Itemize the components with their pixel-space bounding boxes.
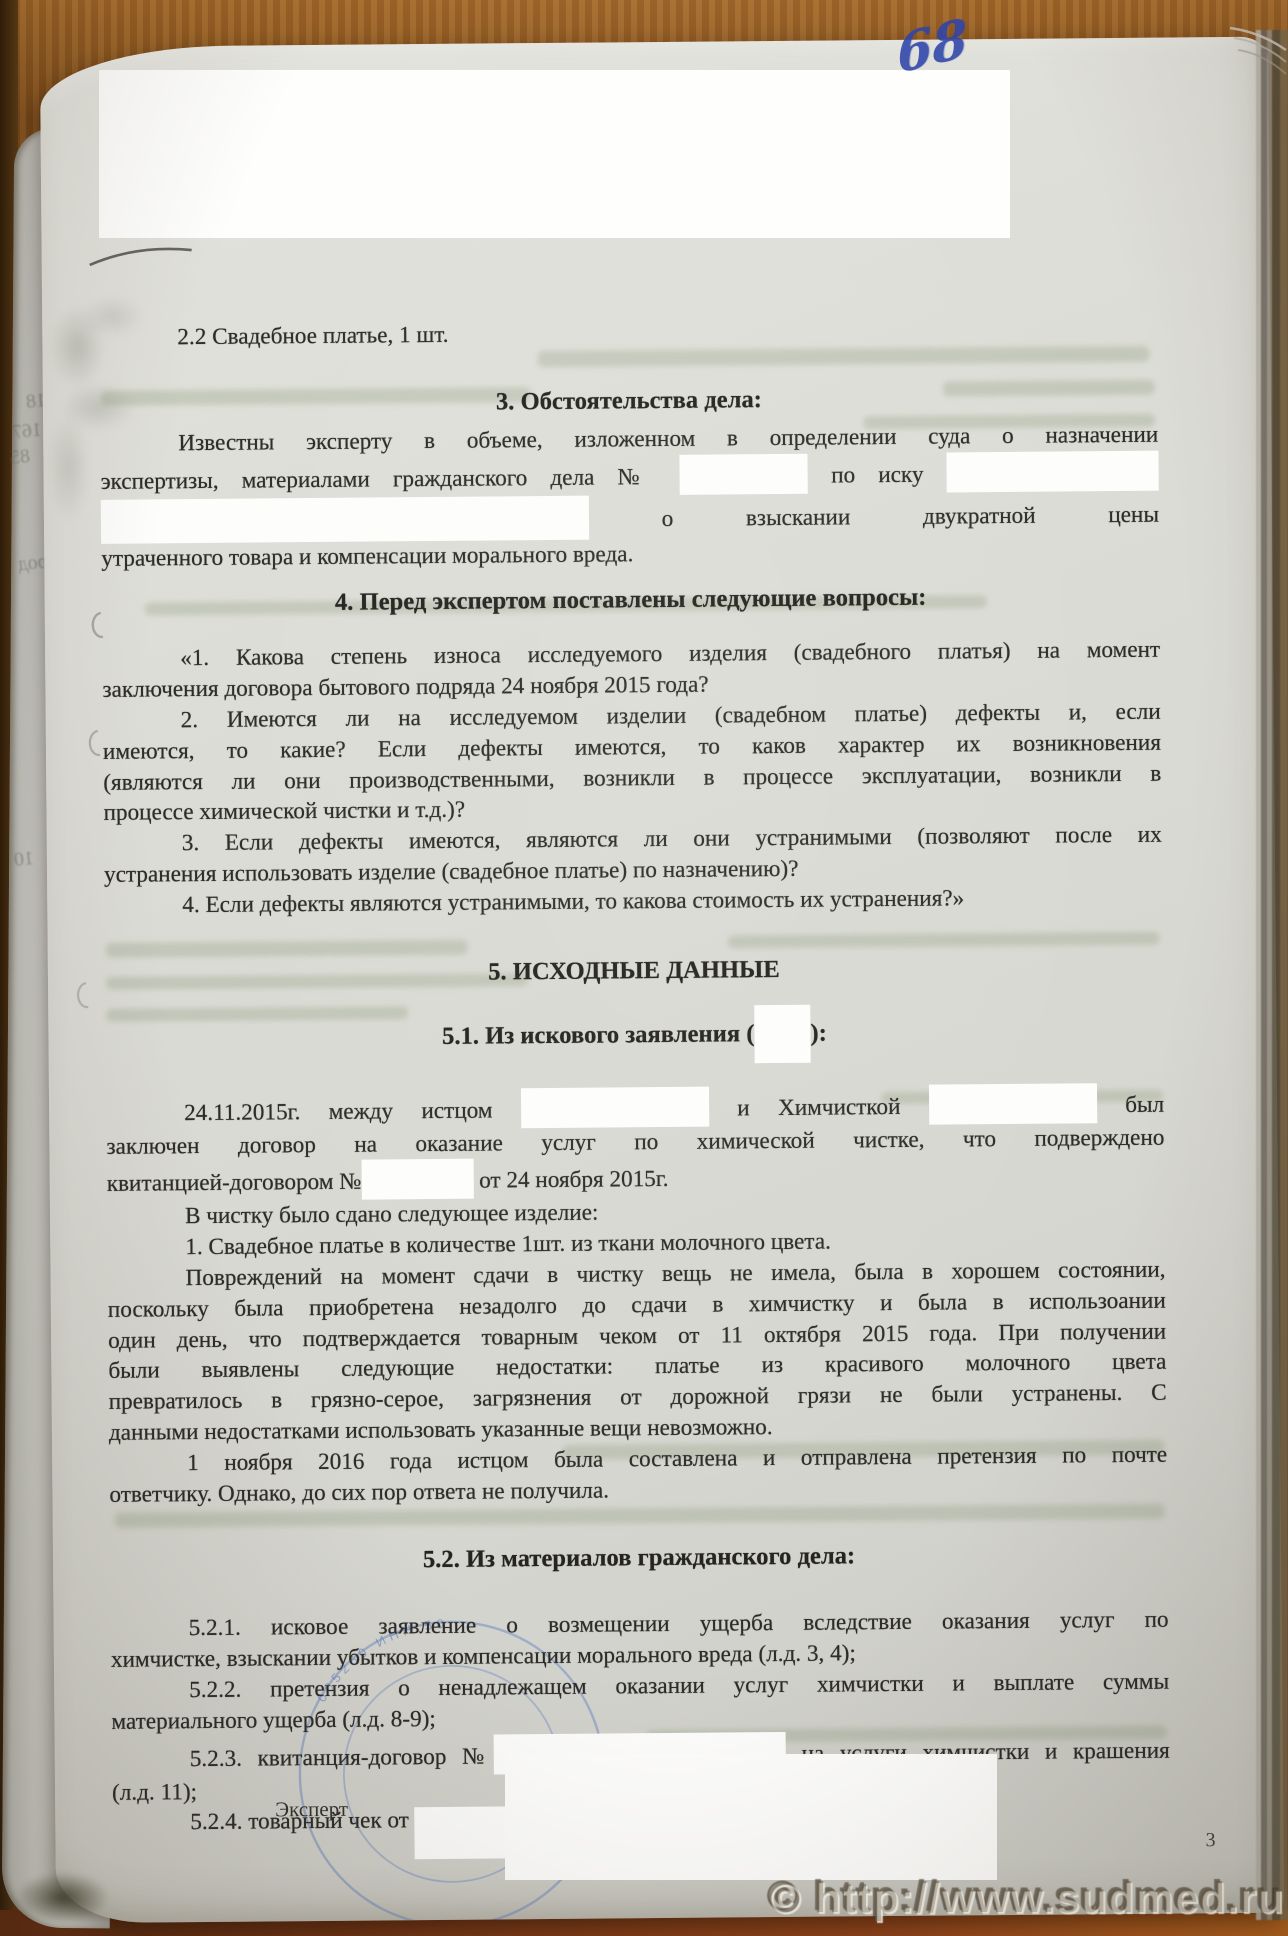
- punch-hole-mark: [90, 731, 100, 755]
- heading-5-1: 5.1. Из искового заявления ():: [105, 1001, 1163, 1068]
- item-2-2: 2.2 Свадебное платье, 1 шт.: [99, 314, 1157, 354]
- page-number: 3: [1205, 1829, 1215, 1852]
- page-stack-corner: [1200, 10, 1288, 120]
- redaction-box: [521, 1086, 709, 1128]
- redaction-box: [946, 450, 1158, 492]
- report-page: 005260 ИНН 50 2.2 Свадебное платье, 1 шт…: [40, 37, 1284, 1924]
- heading-4: 4. Перед экспертом поставлены следующие …: [102, 580, 1160, 620]
- book-edge-right: [1256, 30, 1288, 1920]
- redaction-box-signature: [505, 1754, 997, 1880]
- heading-3: 3. Обстоятельства дела:: [100, 380, 1158, 420]
- table-shadow-patch: [14, 1872, 110, 1924]
- redaction-box: [101, 495, 589, 543]
- heading-5: 5. ИСХОДНЫЕ ДАННЫЕ: [105, 950, 1163, 990]
- redaction-box: [929, 1083, 1097, 1124]
- para-3-line: о взыскании двукратной цены: [101, 490, 1159, 543]
- redaction-box: [361, 1159, 473, 1200]
- redaction-box: [754, 1004, 811, 1062]
- redaction-box: [680, 453, 808, 494]
- watermark: © http://www.sudmed.ru: [768, 1874, 1284, 1923]
- redaction-box-header: [99, 70, 1010, 238]
- document-photo: 18 167 85 род 10 005260 ИНН 50: [0, 0, 1288, 1936]
- expert-label: Эксперт: [275, 1797, 348, 1823]
- report-text: 2.2 Свадебное платье, 1 шт. 3. Обстоятел…: [99, 306, 1170, 1862]
- punch-hole-mark: [78, 983, 88, 1007]
- margin-note: 10: [13, 847, 35, 872]
- heading-5-2: 5.2. Из материалов гражданского дела:: [110, 1538, 1168, 1578]
